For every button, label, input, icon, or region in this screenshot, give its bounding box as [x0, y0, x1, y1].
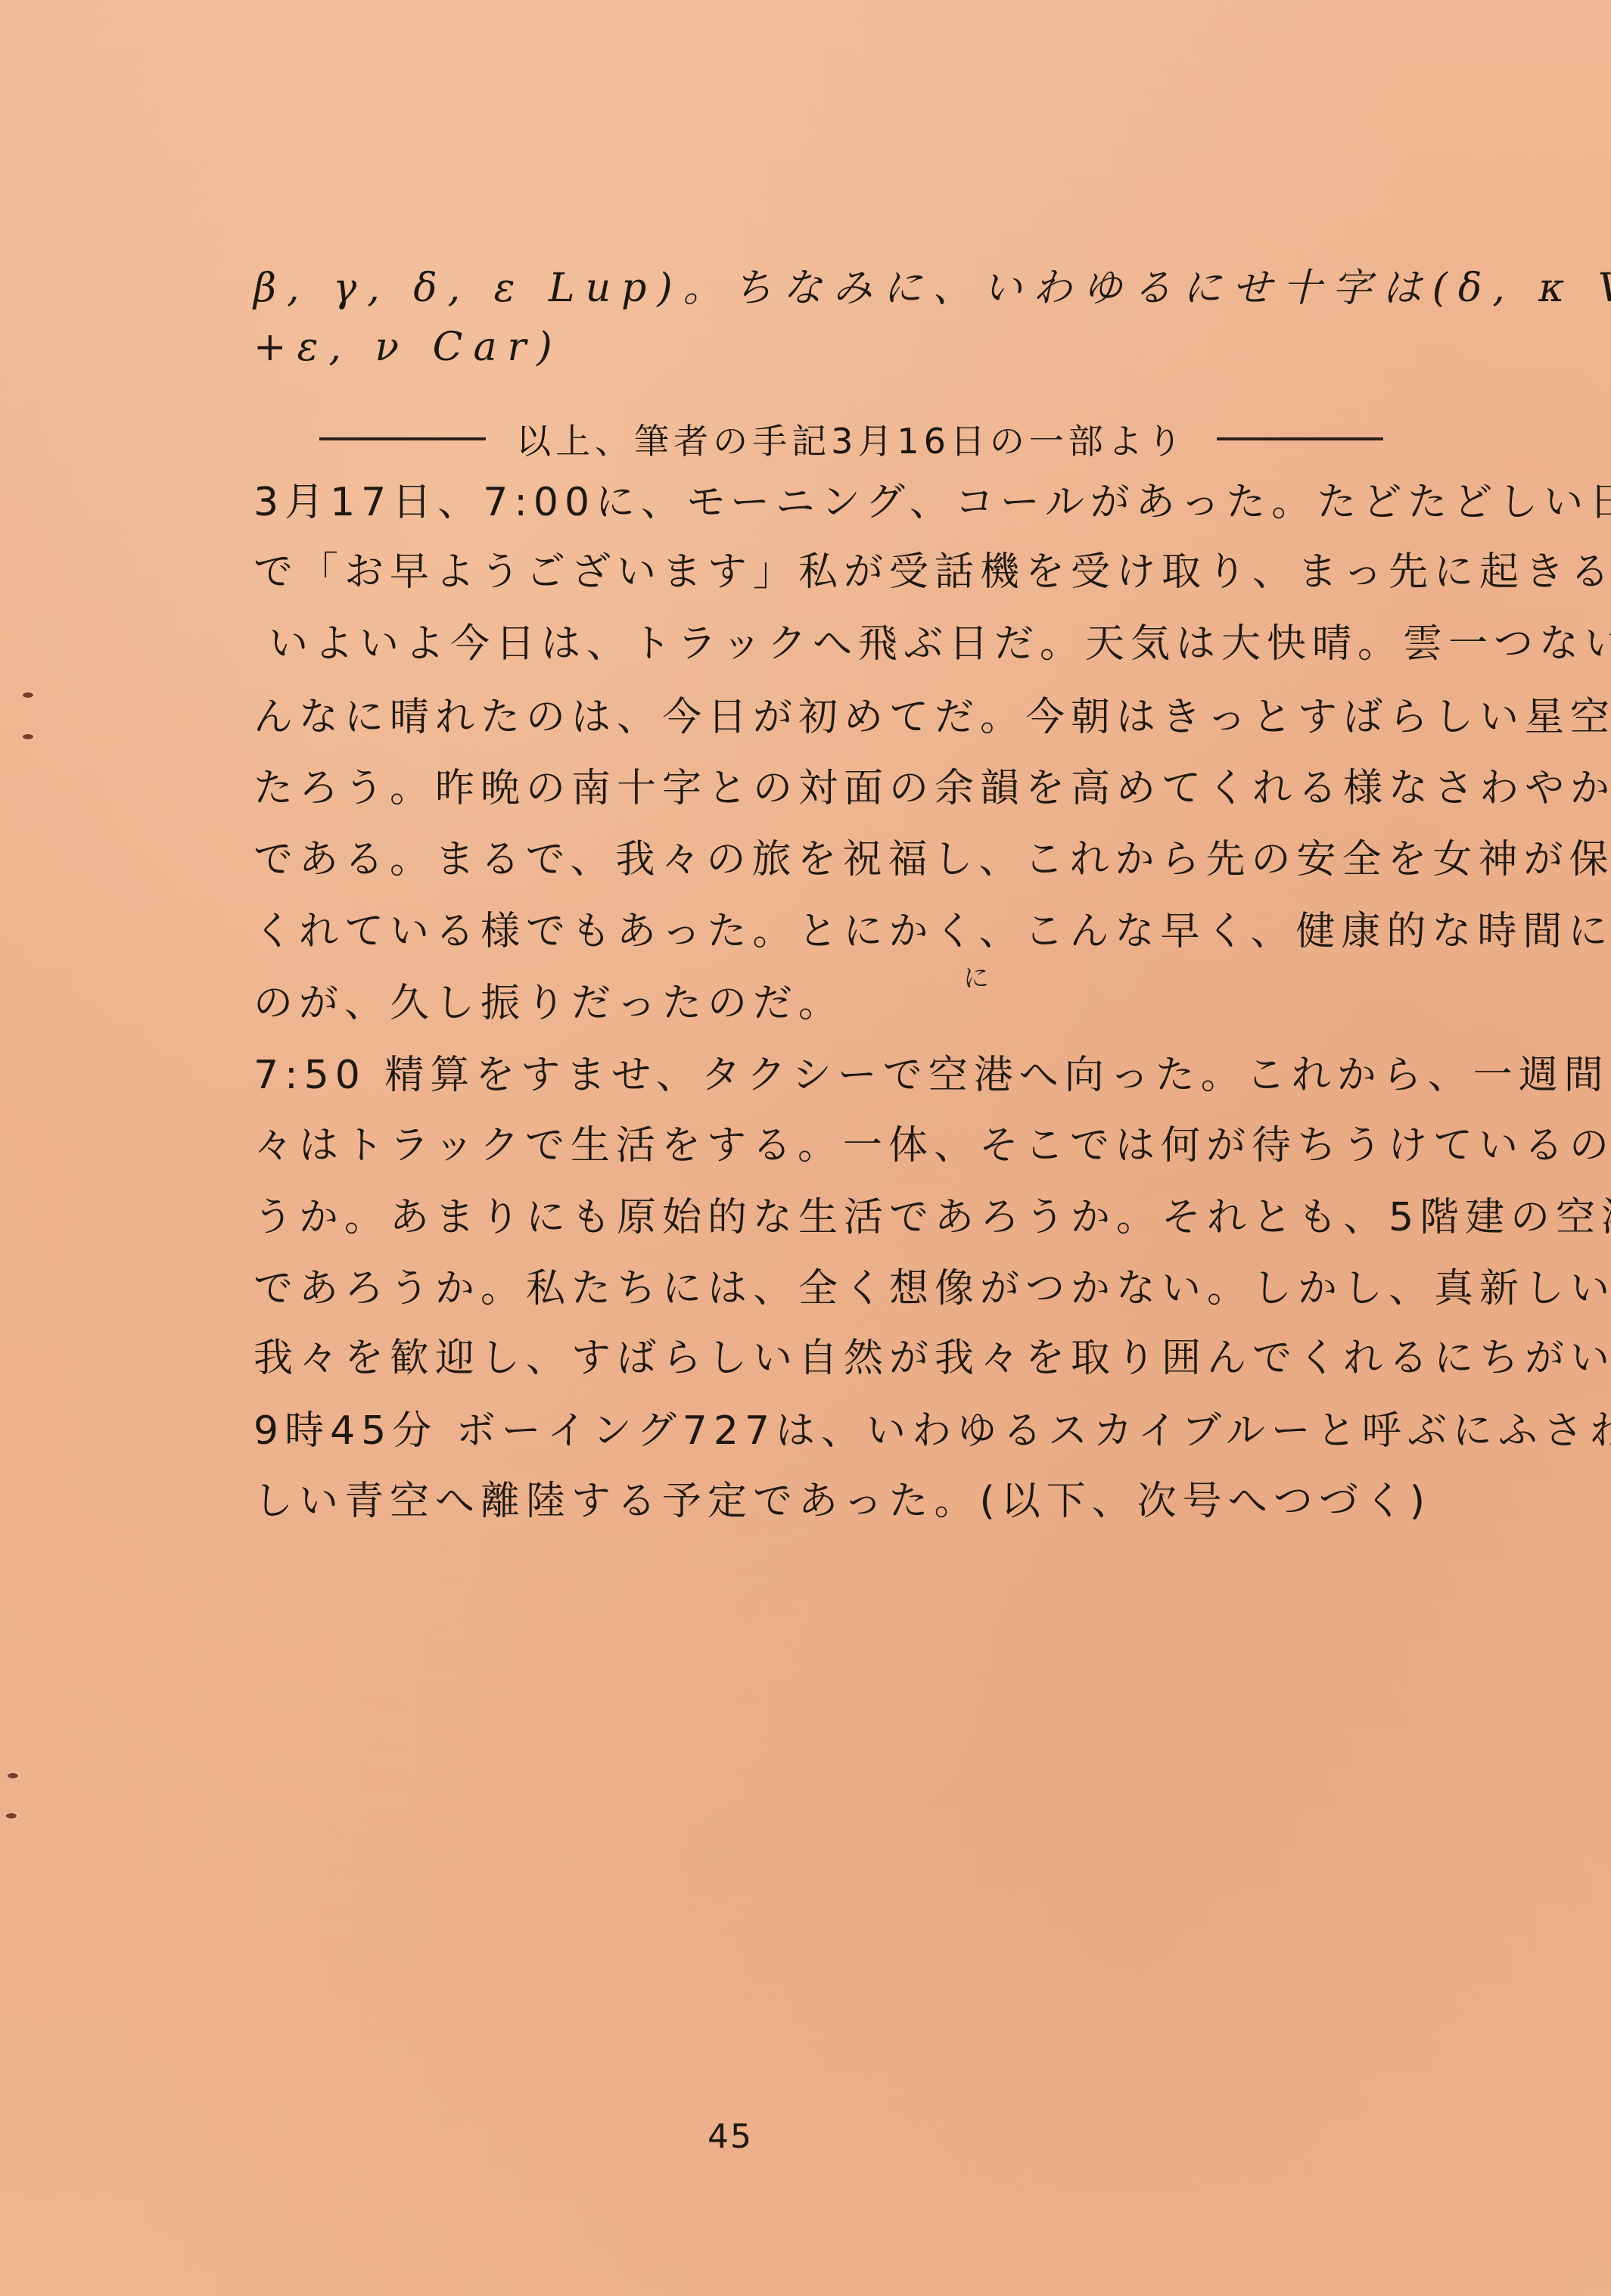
paragraph-line: のが、久し振りだったのだ。: [253, 984, 844, 1023]
section-separator: 以上、筆者の手記3月16日の一部より: [253, 414, 1449, 464]
separator-rule: [319, 437, 486, 440]
continued-line: +ε, ν Car): [253, 328, 563, 367]
paragraph-line: いよいよ今日は、トラックへ飛ぶ日だ。天気は大快晴。雲一つない。こ: [269, 624, 1611, 664]
paragraph-line: で「お早ようございます」私が受話機を受け取り、まっ先に起きる。: [253, 552, 1611, 592]
paragraph-line: である。まるで、我々の旅を祝福し、これから先の安全を女神が保証して: [253, 840, 1611, 879]
separator-text: 以上、筆者の手記3月16日の一部より: [516, 414, 1186, 464]
binding-hole: [6, 1813, 17, 1818]
continued-line: β, γ, δ, ε Lup)。ちなみに、いわゆるにせ十字は(δ, κ Vel: [253, 269, 1611, 308]
paragraph-line: うか。あまりにも原始的な生活であろうか。それとも、5階建の空港ビル: [253, 1198, 1611, 1237]
paragraph-line: しい青空へ離陸する予定であった。(以下、次号へつづく): [253, 1482, 1431, 1521]
paragraph-line: 我々を歓迎し、すばらしい自然が我々を取り囲んでくれるにちがいない。: [253, 1339, 1611, 1378]
paragraph-line: 々はトラックで生活をする。一体、そこでは何が待ちうけているのであろ: [253, 1126, 1611, 1165]
binding-hole: [23, 734, 33, 739]
paragraph-line: 3月17日、7:00に、モーニング、コールがあった。たどたどしい日本語: [253, 483, 1611, 522]
paragraph-line: んなに晴れたのは、今日が初めてだ。今朝はきっとすばらしい星空であっ: [253, 698, 1611, 737]
paragraph-line: たろう。昨晩の南十字との対面の余韻を高めてくれる様なさわやかな天気: [253, 769, 1611, 808]
separator-rule: [1217, 437, 1383, 440]
paragraph-line: くれている様でもあった。とにかく、こんな早く、健康的な時間に起きる: [253, 912, 1611, 951]
paragraph-line: であろうか。私たちには、全く想像がつかない。しかし、真新しい何かが: [253, 1269, 1611, 1308]
paragraph-line: 9時45分 ボーイング727は、いわゆるスカイブルーと呼ぶにふさわ: [253, 1411, 1611, 1451]
binding-hole: [8, 1773, 18, 1778]
insertion-mark: に: [963, 957, 989, 994]
binding-hole: [23, 692, 33, 698]
page-number: 45: [708, 2117, 753, 2156]
paragraph-line: 7:50 精算をすませ、タクシーで空港へ向った。これから、一週間、我: [253, 1056, 1611, 1095]
